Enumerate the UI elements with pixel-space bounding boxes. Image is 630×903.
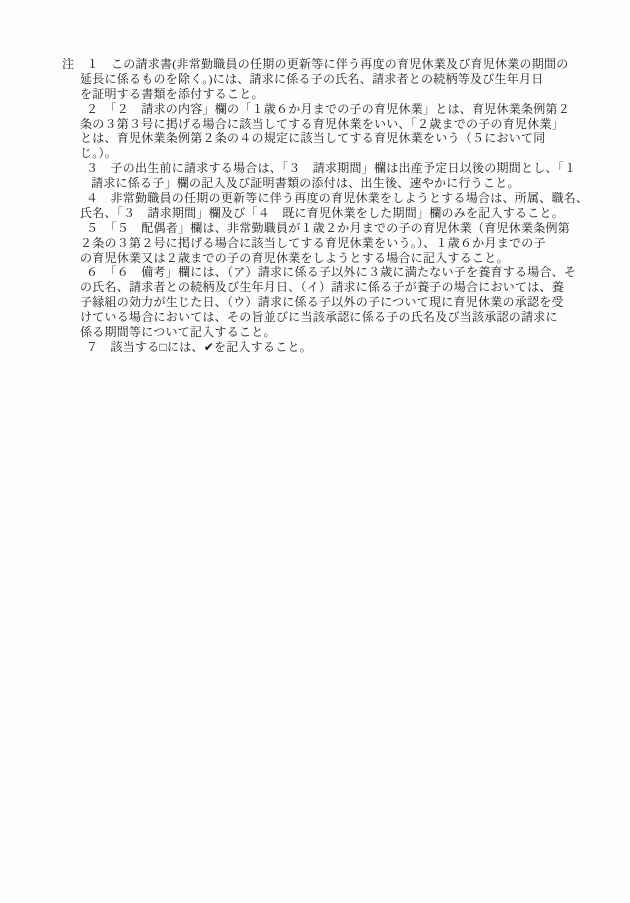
document-page: 注 １ この請求書(非常勤職員の任期の更新等に伴う再度の育児休業及び育児休業の期… xyxy=(0,0,630,903)
note-line-9: 請求に係る子」欄の記入及び証明書類の添付は、出生後、速やかに行うこと。 xyxy=(0,176,630,191)
notes-section: 注 １ この請求書(非常勤職員の任期の更新等に伴う再度の育児休業及び育児休業の期… xyxy=(0,57,630,355)
note-line-10: ４ 非常勤職員の任期の更新等に伴う再度の育児休業をしようとする場合は、所属、職名… xyxy=(0,191,630,206)
note-line-3: を証明する書類を添付すること。 xyxy=(0,87,630,102)
note-line-16: の氏名、請求者との続柄及び生年月日、（イ）請求に係る子が養子の場合においては、養 xyxy=(0,280,630,295)
note-line-17: 子縁組の効力が生じた日、（ウ）請求に係る子以外の子について現に育児休業の承認を受 xyxy=(0,295,630,310)
note-line-5: 条の３第３号に掲げる場合に該当してする育児休業をいい、「２歳までの子の育児休業」 xyxy=(0,117,630,132)
note-line-12: ５ 「５ 配偶者」欄は、非常勤職員が１歳２か月までの子の育児休業（育児休業条例第 xyxy=(0,221,630,236)
note-line-6: とは、育児休業条例第２条の４の規定に該当してする育児休業をいう（５において同 xyxy=(0,131,630,146)
note-line-7: じ。）。 xyxy=(0,146,630,161)
note-line-4: ２ 「２ 請求の内容」欄の「１歳６か月までの子の育児休業」とは、育児休業条例第２ xyxy=(0,102,630,117)
note-line-13: ２条の３第２号に掲げる場合に該当してする育児休業をいう。）、１歳６か月までの子 xyxy=(0,236,630,251)
note-line-1: 注 １ この請求書(非常勤職員の任期の更新等に伴う再度の育児休業及び育児休業の期… xyxy=(0,57,630,72)
note-line-20: ７ 該当する□には、✔を記入すること。 xyxy=(0,340,630,355)
note-line-14: の育児休業又は２歳までの子の育児休業をしようとする場合に記入すること。 xyxy=(0,251,630,266)
note-line-8: ３ 子の出生前に請求する場合は、「３ 請求期間」欄は出産予定日以後の期間とし、「… xyxy=(0,161,630,176)
note-line-15: ６ 「６ 備考」欄には、（ア）請求に係る子以外に３歳に満たない子を養育する場合、… xyxy=(0,265,630,280)
note-line-19: 係る期間等について記入すること。 xyxy=(0,325,630,340)
note-line-2: 延長に係るものを除く。)には、請求に係る子の氏名、請求者との続柄等及び生年月日 xyxy=(0,72,630,87)
note-line-18: けている場合においては、その旨並びに当該承認に係る子の氏名及び当該承認の請求に xyxy=(0,310,630,325)
note-line-11: 氏名、「３ 請求期間」欄及び「４ 既に育児休業をした期間」欄のみを記入すること。 xyxy=(0,206,630,221)
